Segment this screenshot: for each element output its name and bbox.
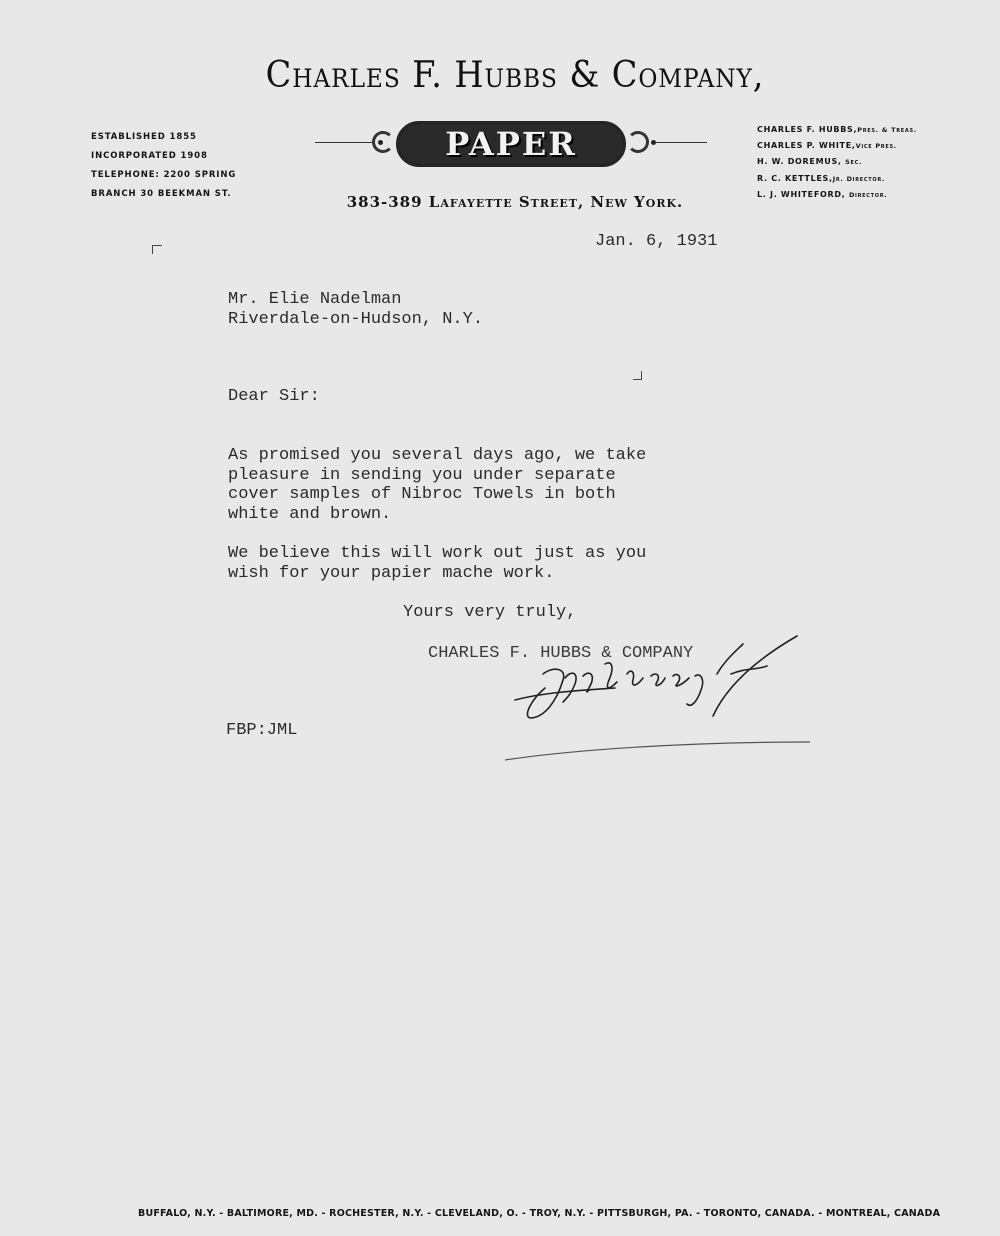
company-name: Charles F. Hubbs & Company,: [36, 55, 994, 96]
officer-title: Sec.: [845, 158, 862, 166]
officers-list: CHARLES F. HUBBS,Pres. & Treas. CHARLES …: [757, 122, 917, 203]
officer-item: H. W. DOREMUS, Sec.: [757, 154, 917, 170]
scroll-ornament-left-icon: [372, 131, 394, 153]
paper-emblem: PAPER: [396, 121, 626, 167]
body-paragraph-1: As promised you several days ago, we tak…: [228, 446, 646, 524]
officer-title: Vice Pres.: [856, 142, 897, 150]
established-line: ESTABLISHED 1855: [91, 128, 236, 147]
incorporated-line: INCORPORATED 1908: [91, 147, 236, 166]
body-paragraph-2: We believe this will work out just as yo…: [228, 544, 646, 583]
branch-offices-footer: BUFFALO, N.Y. - BALTIMORE, MD. - ROCHEST…: [138, 1208, 940, 1219]
reference-initials: FBP:JML: [226, 721, 297, 741]
scroll-ornament-right-icon: [627, 131, 649, 153]
officer-item: CHARLES F. HUBBS,Pres. & Treas.: [757, 122, 917, 138]
officer-item: R. C. KETTLES,Jr. Director.: [757, 171, 917, 187]
salutation: Dear Sir:: [228, 387, 320, 407]
recipient-address: Mr. Elie Nadelman Riverdale-on-Hudson, N…: [228, 290, 483, 329]
officer-name: R. C. KETTLES,: [757, 174, 833, 183]
emblem-text: PAPER: [445, 128, 577, 160]
company-address: 383-389 Lafayette Street, New York.: [0, 193, 1000, 211]
corner-mark: [152, 245, 162, 254]
complimentary-close: Yours very truly,: [403, 603, 576, 623]
handwritten-signature-icon: [505, 630, 825, 780]
corner-mark: [633, 371, 642, 380]
officer-item: CHARLES P. WHITE,Vice Pres.: [757, 138, 917, 154]
officer-title: Pres. & Treas.: [857, 126, 917, 134]
telephone-line: TELEPHONE: 2200 SPRING: [91, 166, 236, 185]
officer-name: CHARLES P. WHITE,: [757, 141, 856, 150]
officer-name: H. W. DOREMUS,: [757, 157, 842, 166]
emblem-rule-right: [655, 142, 707, 143]
officer-name: CHARLES F. HUBBS,: [757, 125, 857, 134]
officer-title: Jr. Director.: [833, 175, 885, 183]
letter-date: Jan. 6, 1931: [595, 232, 717, 252]
emblem-rule-left: [315, 142, 373, 143]
